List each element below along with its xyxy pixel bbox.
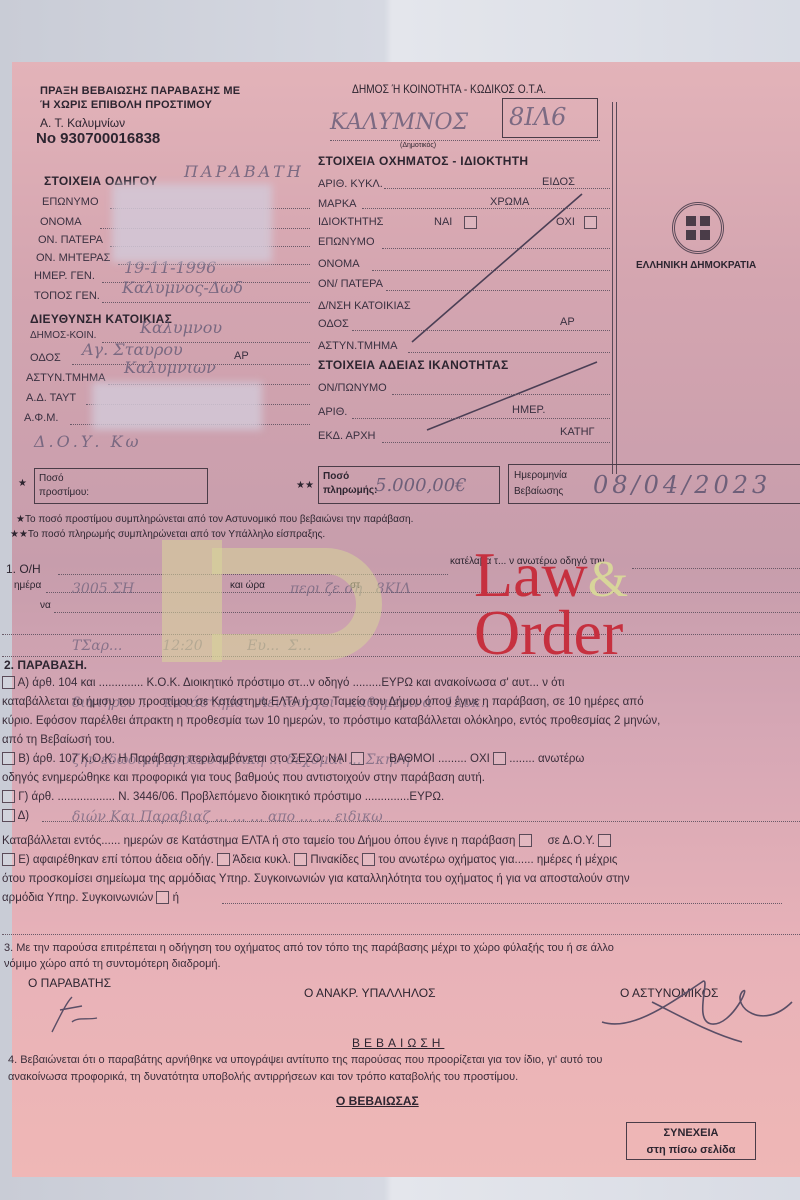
- field-label-mother: ΟΝ. ΜΗΤΕΡΑΣ: [36, 252, 110, 264]
- field-label-license-number: ΑΡΙΘ.: [318, 406, 347, 418]
- field-label-birthplace: ΤΟΠΟΣ ΓΕΝ.: [34, 290, 100, 302]
- dotted-line: [222, 903, 782, 904]
- section4-text: 4. Βεβαιώνεται ότι ο παραβάτης αρνήθηκε …: [8, 1052, 602, 1086]
- pay-elta-checkbox[interactable]: [519, 834, 532, 847]
- license-removed-checkbox[interactable]: [217, 853, 230, 866]
- section2-a-line2: καταβάλλεται το ήμισυ του προστίμου σε Κ…: [2, 693, 660, 712]
- section2-pay-line: Καταβάλλεται εντός...... ημερών σε Κατάσ…: [2, 835, 515, 847]
- birthplace-value: Καλυμνος-Δωδ: [122, 278, 243, 297]
- continue-box: ΣΥΝΕΧΕΙΑ στη πίσω σελίδα: [626, 1122, 756, 1160]
- pay-tax-office-checkbox[interactable]: [598, 834, 611, 847]
- street-value: Αγ. Σταυρου: [82, 340, 183, 359]
- field-label-tax-id: Α.Φ.Μ.: [24, 412, 58, 424]
- certification-date-value: 08/04/2023: [593, 471, 771, 499]
- section2-e-license: Ε) αφαιρέθηκαν επί τόπου άδεια οδήγ.: [18, 854, 214, 866]
- field-label-license-date: ΗΜΕΡ.: [512, 404, 545, 416]
- section1-to-label: να: [40, 600, 51, 611]
- section2-b-line2: οδηγός ενημερώθηκε και προφορικά για του…: [2, 769, 660, 788]
- section3-text: 3. Με την παρούσα επιτρέπεται η οδήγηση …: [4, 940, 614, 972]
- form-title-line1: ΠΡΑΞΗ ΒΕΒΑΙΩΣΗΣ ΠΑΡΑΒΑΣΗΣ ΜΕ: [40, 84, 300, 98]
- sesso-no-checkbox[interactable]: [493, 752, 506, 765]
- certifier-label: Ο ΒΕΒΑΙΩΣΑΣ: [336, 1094, 419, 1108]
- officer-signature-icon: [592, 962, 800, 1052]
- emblem-caption: ΕΛΛΗΝΙΚΗ ΔΗΜΟΚΡΑΤΙΑ: [636, 260, 756, 271]
- form-title-line2: Ή ΧΩΡΙΣ ΕΠΙΒΟΛΗ ΠΡΟΣΤΙΜΟΥ: [40, 98, 300, 112]
- section2-e-duration: του ανωτέρω οχήματος για...... ημέρες ή …: [378, 854, 617, 866]
- section2-a-block: Α) άρθ. 104 και .............. Κ.Ο.Κ. Δι…: [2, 674, 660, 908]
- section2-b-above: ........ ανωτέρω: [509, 753, 584, 765]
- star-marker: ★: [18, 478, 27, 489]
- dotted-line: [42, 821, 800, 822]
- fine-amount-label: Ποσό προστίμου:: [35, 469, 105, 503]
- dotted-line: [392, 394, 610, 395]
- section2-b-points: ΒΑΘΜΟΙ .........: [389, 753, 467, 765]
- field-label-license-category: ΚΑΤΗΓ: [560, 426, 595, 438]
- payment-amount-value: 5.000,00€: [375, 475, 467, 496]
- driver-section-annotation: ΠΑΡΑΒΑΤΗ: [184, 162, 304, 181]
- municipality-value: Καλυμνου: [140, 318, 222, 337]
- plates-removed-checkbox[interactable]: [362, 853, 375, 866]
- dotted-line: [632, 568, 800, 569]
- violator-signature-icon: [42, 992, 102, 1042]
- form-title: ΠΡΑΞΗ ΒΕΒΑΙΩΣΗΣ ΠΑΡΑΒΑΣΗΣ ΜΕ Ή ΧΩΡΙΣ ΕΠΙ…: [40, 84, 300, 112]
- ota-code-handwritten: 8ΙΛ6: [503, 99, 597, 131]
- footnote-fine: ★Το ποσό προστίμου συμπληρώνεται από τον…: [16, 514, 413, 525]
- section4-line2: ανακοίνωσα προφορικά, τη δυνατότητα υποβ…: [8, 1069, 602, 1086]
- field-label-street: ΟΔΟΣ: [30, 352, 61, 364]
- section2-pay-tax: σε Δ.Ο.Υ.: [548, 835, 595, 847]
- section2-b-line1: Β) άρθ. 107 Κ.Ο.Κ. Η Παράβαση περιλαμβάν…: [18, 753, 347, 765]
- dotted-line: [102, 302, 310, 303]
- option-e-checkbox[interactable]: [2, 853, 15, 866]
- municipality-handwritten: ΚΑΛΥΜΝΟΣ: [330, 110, 468, 135]
- section2-e-line2: ότου προσκομίσει σημείωμα της αρμόδιας Υ…: [2, 870, 660, 889]
- municipality-sublabel: (Δημοτικός): [400, 142, 436, 149]
- dotted-line: [330, 140, 600, 141]
- sesso-yes-checkbox[interactable]: [351, 752, 364, 765]
- section2-e-or: ή: [173, 892, 179, 904]
- divider: [616, 102, 617, 474]
- payment-amount-label: Ποσό πληρωμής:: [319, 467, 375, 501]
- law-order-logo-icon: [162, 540, 382, 662]
- certification-date-label: Ημερομηνία Βεβαίωσης: [509, 465, 579, 503]
- license-section-title: ΣΤΟΙΧΕΙΑ ΑΔΕΙΑΣ ΙΚΑΝΟΤΗΤΑΣ: [318, 358, 508, 372]
- watermark-order: Order: [474, 604, 623, 662]
- ota-code-box: 8ΙΛ6: [502, 98, 598, 138]
- dotted-line: [382, 442, 610, 443]
- field-label-birthdate: ΗΜΕΡ. ΓΕΝ.: [34, 270, 95, 282]
- signer-clerk: Ο ΑΝΑΚΡ. ΥΠΑΛΛΗΛΟΣ: [304, 986, 436, 1000]
- continue-line2: στη πίσω σελίδα: [627, 1142, 755, 1159]
- option-a-checkbox[interactable]: [2, 676, 15, 689]
- section4-title: ΒΕΒΑΙΩΣΗ: [352, 1036, 444, 1050]
- signer-violator: Ο ΠΑΡΑΒΑΤΗΣ: [28, 976, 111, 990]
- municipality-header: ΔΗΜΟΣ Ή ΚΟΙΝΟΤΗΤΑ - ΚΩΔΙΚΟΣ Ο.Τ.Α.: [352, 82, 546, 96]
- option-d-checkbox[interactable]: [2, 809, 15, 822]
- strike-through-lines: [312, 182, 612, 462]
- section2-e-plates: Πινακίδες: [310, 854, 359, 866]
- send-to-transport-checkbox[interactable]: [156, 891, 169, 904]
- authority-label: Α. Τ. Καλυμνίων: [40, 116, 125, 130]
- section2-a-line1: Α) άρθ. 104 και .............. Κ.Ο.Κ. Δι…: [18, 677, 565, 689]
- dotted-line: [2, 934, 800, 935]
- vehicle-section-title: ΣΤΟΙΧΕΙΑ ΟΧΗΜΑΤΟΣ - ΙΔΙΟΚΤΗΤΗ: [318, 154, 528, 168]
- greek-emblem-icon: [672, 202, 724, 254]
- divider: [612, 102, 613, 474]
- form-number: No 930700016838: [36, 130, 160, 147]
- redacted-area: [112, 184, 272, 262]
- tax-office-handwritten: Δ.Ο.Υ. Κω: [34, 432, 142, 451]
- field-label-street-number: ΑΡ: [234, 350, 249, 362]
- certification-date-box: Ημερομηνία Βεβαίωσης 08/04/2023: [508, 464, 800, 504]
- footnote-payment: ★★Το ποσό πληρωμής συμπληρώνεται από τον…: [10, 529, 325, 540]
- field-label-id-card: Α.Δ. ΤΑΥΤ: [26, 392, 76, 404]
- section1-label: 1. Ο/Η: [6, 562, 41, 576]
- police-dept-value: Καλυμνιων: [124, 358, 216, 377]
- double-star-marker: ★★: [296, 480, 314, 491]
- section1-day-label: ημέρα: [14, 580, 41, 591]
- registration-removed-checkbox[interactable]: [294, 853, 307, 866]
- field-label-father: ΟΝ. ΠΑΤΕΡΑ: [38, 234, 103, 246]
- section3-line2: νόμιμο χώρο από τη συντομότερη διαδρομή.: [4, 956, 614, 972]
- violation-form-sheet: ΠΡΑΞΗ ΒΕΒΑΙΩΣΗΣ ΠΑΡΑΒΑΣΗΣ ΜΕ Ή ΧΩΡΙΣ ΕΠΙ…: [12, 62, 800, 1177]
- dotted-line: [352, 418, 610, 419]
- section2-title: 2. ΠΑΡΑΒΑΣΗ.: [4, 658, 87, 672]
- field-label-name: ΟΝΟΜΑ: [40, 216, 82, 228]
- section3-line1: 3. Με την παρούσα επιτρέπεται η οδήγηση …: [4, 940, 614, 956]
- section2-a-line3: κύριο. Εφόσον παρέλθει άπρακτη η προθεσμ…: [2, 712, 660, 731]
- section2-a-line4: από τη Βεβαίωσή του.: [2, 731, 660, 750]
- fine-amount-box: Ποσό προστίμου:: [34, 468, 208, 504]
- section4-line1: 4. Βεβαιώνεται ότι ο παραβάτης αρνήθηκε …: [8, 1052, 602, 1069]
- continue-line1: ΣΥΝΕΧΕΙΑ: [627, 1125, 755, 1142]
- section2-d-line: Δ): [18, 810, 30, 822]
- option-c-checkbox[interactable]: [2, 790, 15, 803]
- field-label-surname: ΕΠΩΝΥΜΟ: [42, 196, 99, 208]
- field-label-license-issuer: ΕΚΔ. ΑΡΧΗ: [318, 430, 375, 442]
- section2-c-line: Γ) άρθ. .................. Ν. 3446/06. Π…: [18, 791, 444, 803]
- field-label-license-name: ΟΝ/ΠΩΝΥΜΟ: [318, 382, 387, 394]
- section2-e-registration: Άδεια κυκλ.: [233, 854, 291, 866]
- section2-e-line3: αρμόδια Υπηρ. Συγκοινωνιών: [2, 892, 153, 904]
- payment-amount-box: Ποσό πληρωμής: 5.000,00€: [318, 466, 500, 504]
- redacted-area: [92, 382, 262, 430]
- section2-b-no: ΟΧΙ: [470, 753, 490, 765]
- option-b-checkbox[interactable]: [2, 752, 15, 765]
